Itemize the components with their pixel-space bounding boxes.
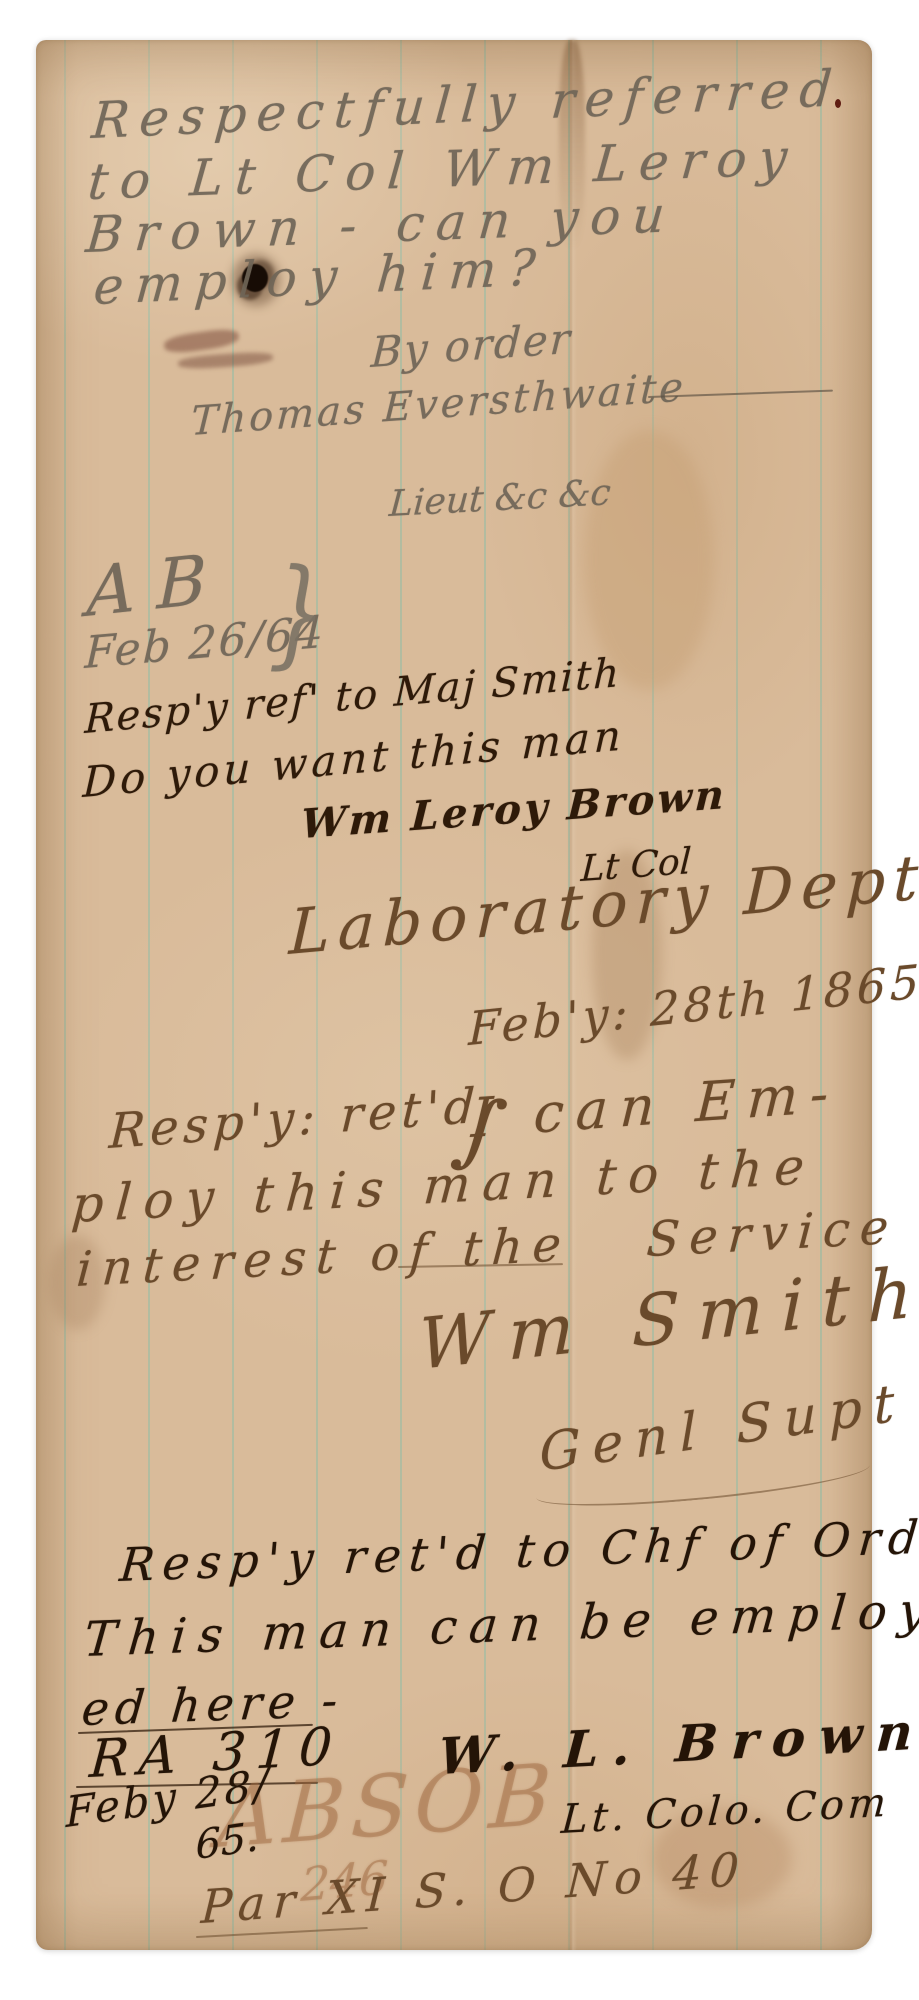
brown-signature-large: W. L. Brown — [437, 1706, 919, 1782]
pencil-rank: Lieut &c &c — [388, 475, 612, 523]
photo-background: { "document": { "kind": "handwritten mil… — [0, 0, 919, 2000]
document-paper: Respectfully referred to Lt Col Wm Leroy… — [36, 40, 872, 1950]
reply-line-1b: I can Em- — [470, 1066, 842, 1146]
received-initials: A B — [86, 547, 207, 628]
endorsement-line-1: Resp'y ret'd to Chf of Ord. — [118, 1513, 919, 1588]
brown-smudge-streak-1 — [163, 327, 240, 355]
reply-line-1a: Resp'y: ret'd — [108, 1082, 481, 1156]
endorsement-line-2: This man can be employ- — [82, 1585, 919, 1664]
by-order-line: By order — [370, 318, 573, 374]
brown-signature-small: Wm Leroy Brown — [300, 775, 728, 845]
pencil-signature: Thomas Eversthwaite — [190, 367, 687, 442]
laboratory-date: Feb'y: 28th 1865 — [468, 958, 919, 1052]
brown-smudge-streak-2 — [178, 351, 274, 371]
pencil-brace: } — [268, 552, 328, 672]
brown-rank-large: Lt. Colo. Com — [560, 1783, 891, 1840]
endorsement-date-bottom: 65. — [195, 1817, 259, 1866]
